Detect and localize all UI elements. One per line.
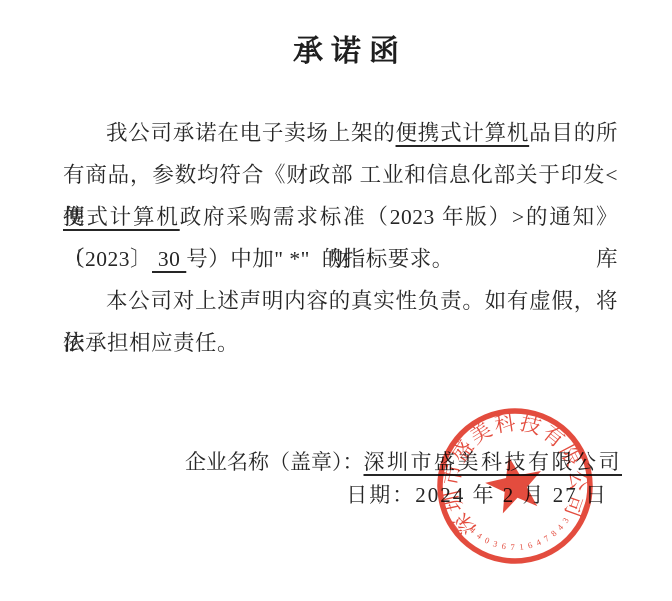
text-line: 有商品，参数均符合《财政部 工业和信息化部关于印发<便 [63, 154, 618, 196]
text-line: 我公司承诺在电子卖场上架的便携式计算机品目的所 [63, 112, 618, 154]
text-segment: 品目的所 [529, 121, 618, 145]
text-line: 本公司对上述声明内容的真实性负责。如有虚假，将依 [63, 280, 618, 322]
seal-star-icon [481, 451, 548, 516]
text-line: 法承担相应责任。 [63, 322, 618, 364]
company-seal: 深圳市盛美科技有限公司 4403671647843 [430, 401, 600, 571]
date-label: 日期： [346, 483, 415, 507]
text-segment: 法承担相应责任。 [63, 331, 239, 355]
text-segment: 〔2023〕 [63, 247, 152, 271]
document-title: 承诺函 [28, 26, 672, 70]
underlined-segment: 携式计算机 [63, 205, 180, 229]
text-segment: 号）中加" *" 的指标要求。 [186, 247, 453, 271]
text-segment: 我公司承诺在电子卖场上架的 [106, 121, 396, 145]
company-name-label: 企业名称（盖章）： [185, 450, 364, 474]
document-body: 我公司承诺在电子卖场上架的便携式计算机品目的所 有商品，参数均符合《财政部 工业… [63, 112, 618, 364]
text-line: 携式计算机政府采购需求标准（2023 年版）>的通知》（财库 [63, 196, 618, 238]
commitment-letter-document: 承诺函 我公司承诺在电子卖场上架的便携式计算机品目的所 有商品，参数均符合《财政… [0, 0, 672, 601]
underlined-segment: 便携式计算机 [396, 121, 530, 145]
underlined-segment: 30 [152, 247, 186, 271]
text-segment: 有商品，参数均符合《财政部 工业和信息化部关于印发< [63, 163, 618, 187]
